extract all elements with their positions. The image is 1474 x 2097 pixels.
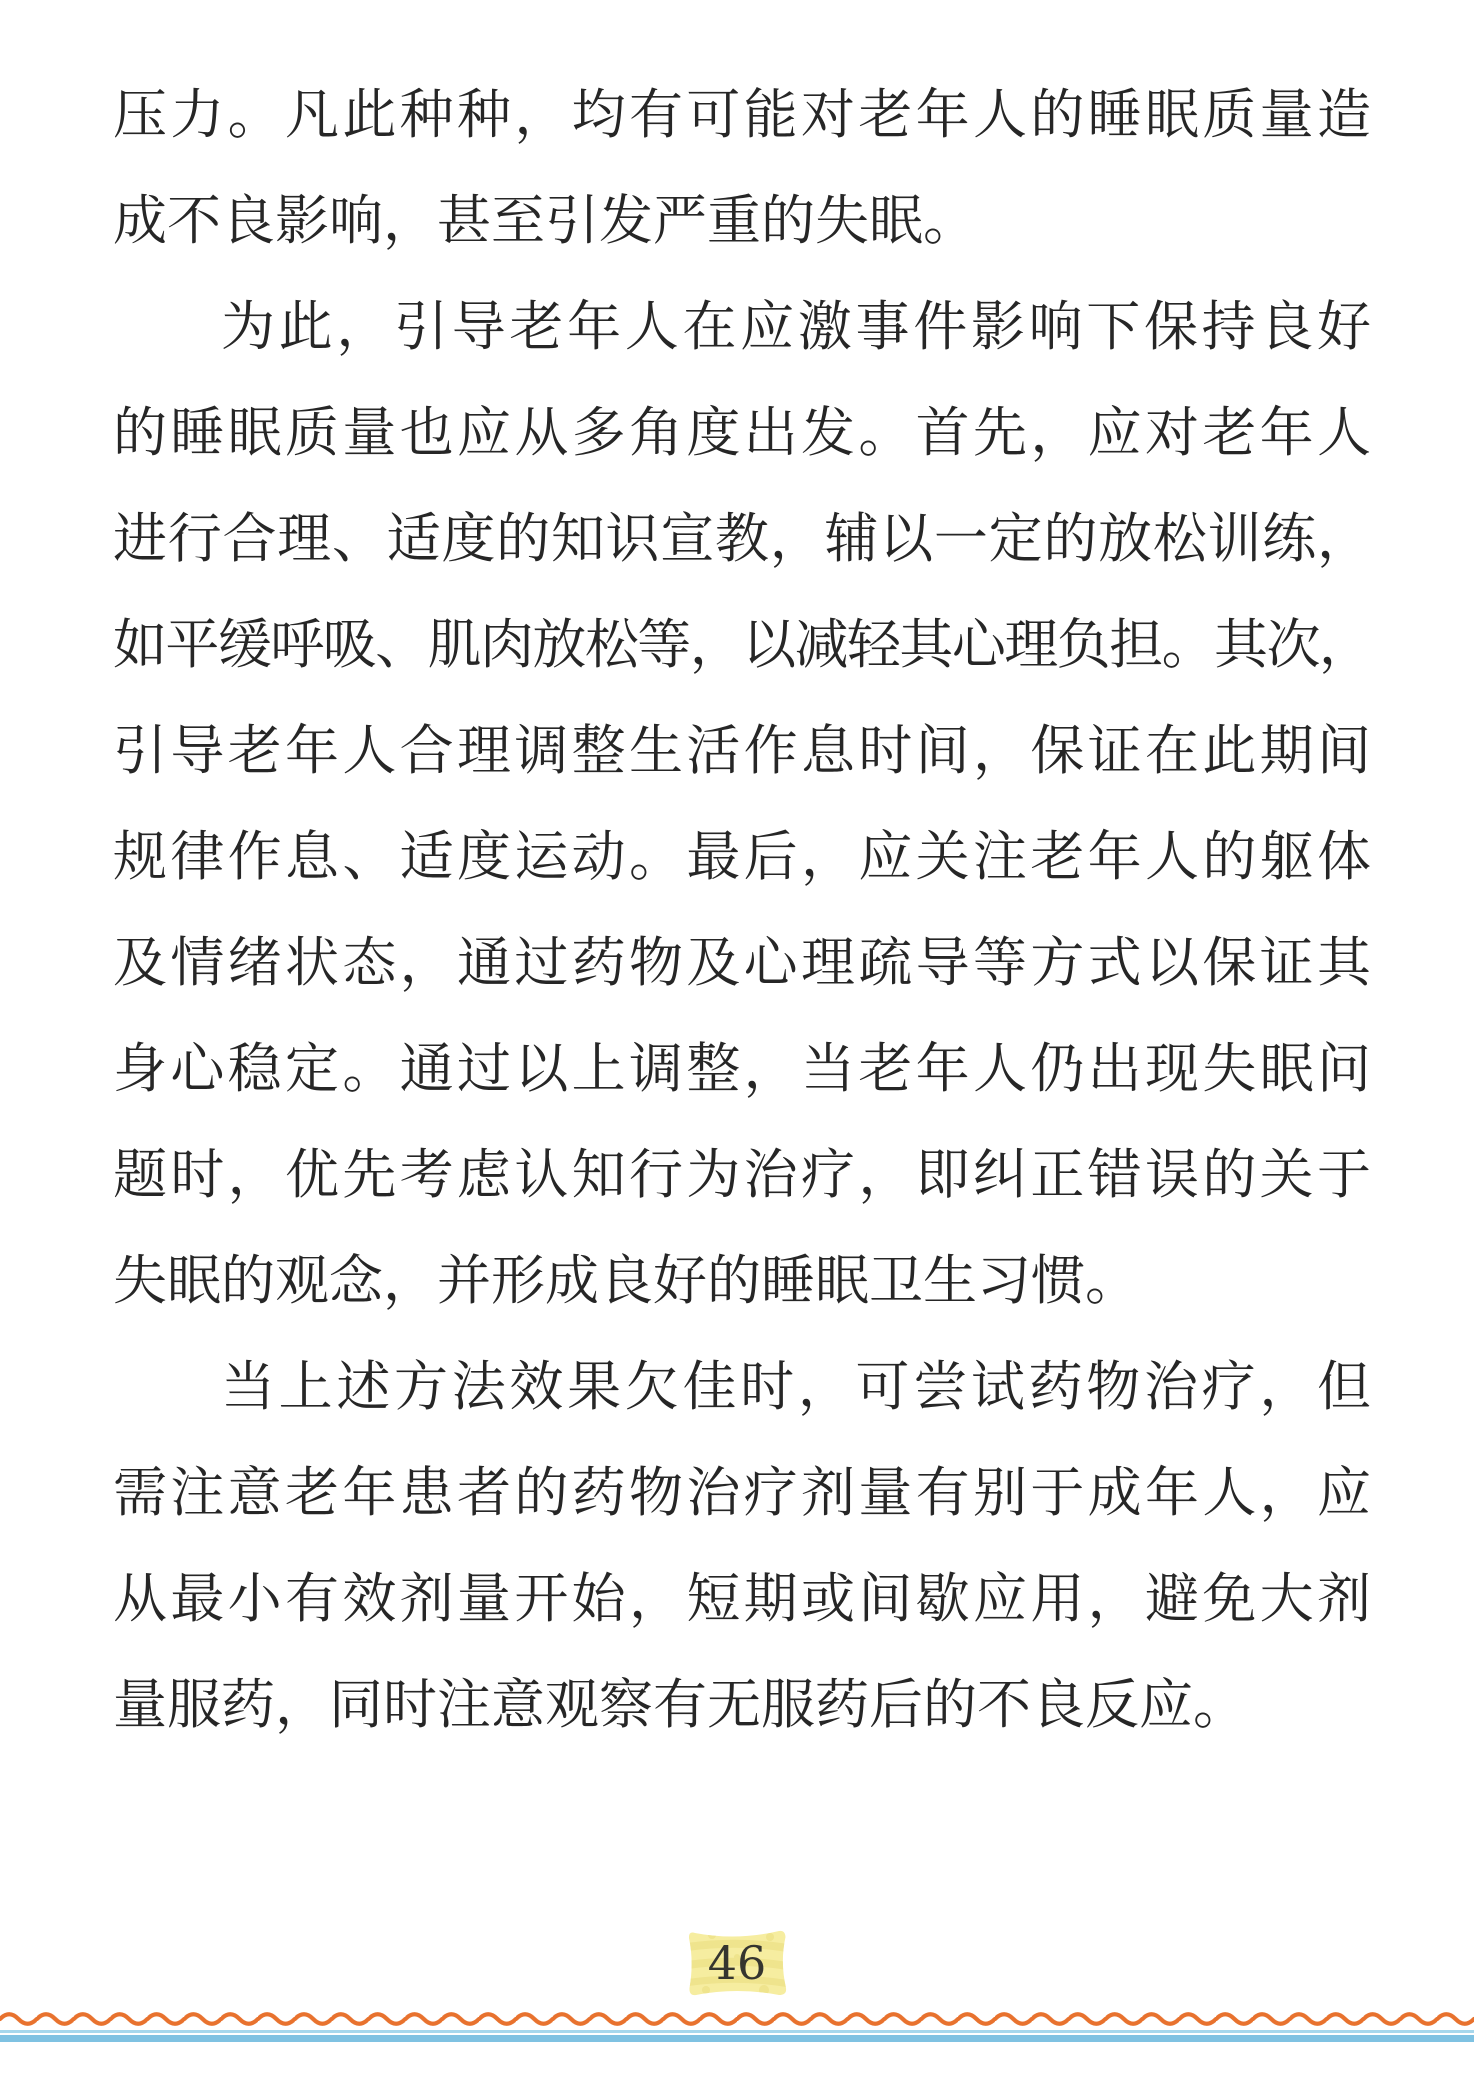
text-line: 规律作息、适度运动。最后，应关注老年人的躯体 bbox=[113, 804, 1371, 910]
text-line: 压力。凡此种种，均有可能对老年人的睡眠质量造 bbox=[113, 62, 1371, 168]
text-line: 量服药，同时注意观察有无服药后的不良反应。 bbox=[113, 1652, 1371, 1758]
text-line: 为此，引导老年人在应激事件影响下保持良好 bbox=[113, 274, 1371, 380]
text-line: 成不良影响，甚至引发严重的失眠。 bbox=[113, 168, 1371, 274]
blue-divider-thick bbox=[0, 2035, 1474, 2042]
body-text: 压力。凡此种种，均有可能对老年人的睡眠质量造成不良影响，甚至引发严重的失眠。为此… bbox=[113, 62, 1371, 1758]
text-line: 如平缓呼吸、肌肉放松等，以减轻其心理负担。其次， bbox=[113, 592, 1371, 698]
page-number-badge: 46 bbox=[682, 1922, 792, 2004]
text-line: 失眠的观念，并形成良好的睡眠卫生习惯。 bbox=[113, 1228, 1371, 1334]
text-line: 题时，优先考虑认知行为治疗，即纠正错误的关于 bbox=[113, 1122, 1371, 1228]
text-line: 当上述方法效果欠佳时，可尝试药物治疗，但 bbox=[113, 1334, 1371, 1440]
blue-divider-thin bbox=[0, 2030, 1474, 2033]
text-line: 引导老年人合理调整生活作息时间，保证在此期间 bbox=[113, 698, 1371, 804]
book-page: 压力。凡此种种，均有可能对老年人的睡眠质量造成不良影响，甚至引发严重的失眠。为此… bbox=[0, 0, 1474, 2097]
text-line: 进行合理、适度的知识宣教，辅以一定的放松训练， bbox=[113, 486, 1371, 592]
text-line: 的睡眠质量也应从多角度出发。首先，应对老年人 bbox=[113, 380, 1371, 486]
text-line: 及情绪状态，通过药物及心理疏导等方式以保证其 bbox=[113, 910, 1371, 1016]
text-line: 从最小有效剂量开始，短期或间歇应用，避免大剂 bbox=[113, 1546, 1371, 1652]
page-number: 46 bbox=[682, 1930, 792, 1996]
text-line: 需注意老年患者的药物治疗剂量有别于成年人，应 bbox=[113, 1440, 1371, 1546]
wave-divider bbox=[0, 2008, 1474, 2030]
text-line: 身心稳定。通过以上调整，当老年人仍出现失眠问 bbox=[113, 1016, 1371, 1122]
